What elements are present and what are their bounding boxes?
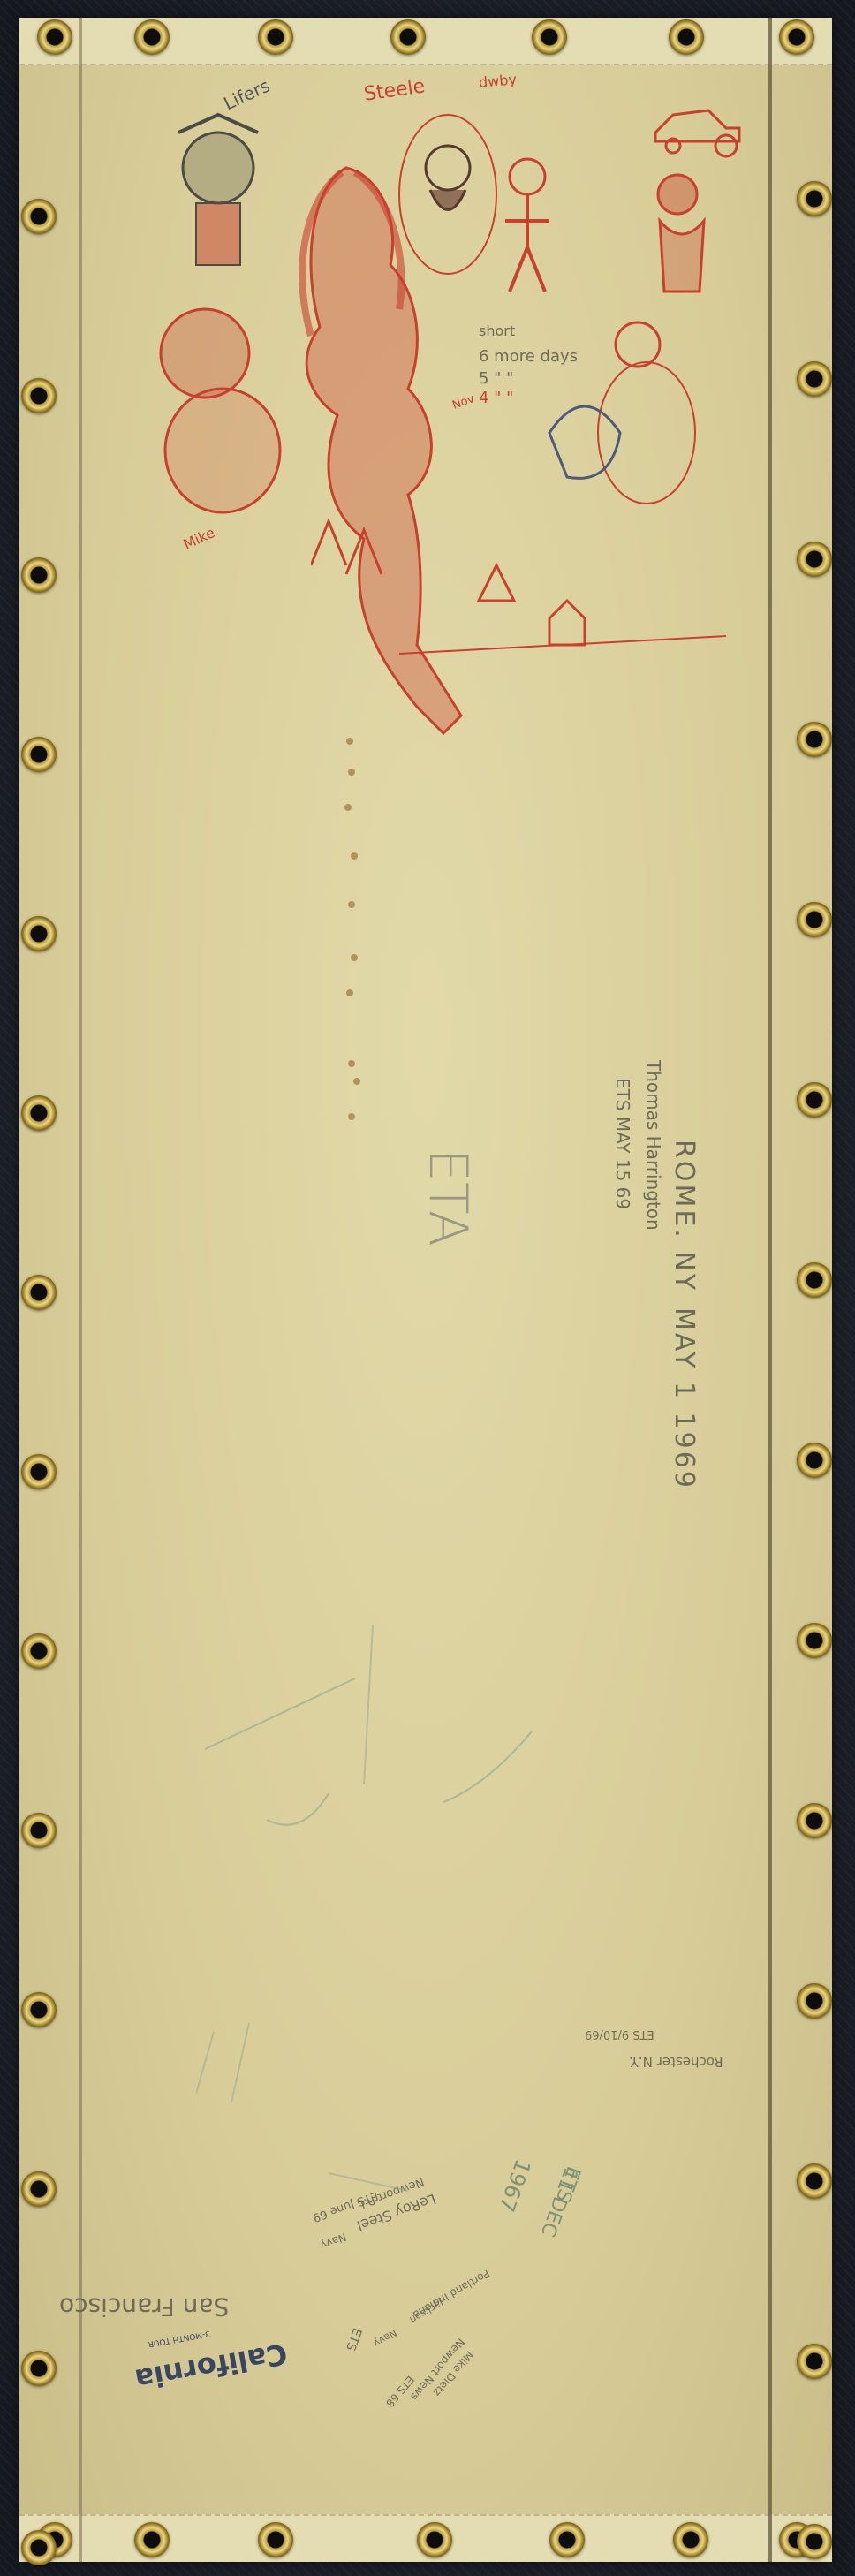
monkey-drawing [143, 283, 302, 530]
brass-grommet [21, 557, 57, 593]
brass-grommet [797, 722, 832, 757]
brass-grommet [21, 2351, 57, 2386]
rome-ny-text: ROME. NY [669, 1140, 700, 1292]
canvas-cot-panel: Lifers Steele dwby short 6 more days 5 "… [19, 18, 832, 2562]
brass-grommet [797, 2524, 832, 2559]
brass-grommet [549, 2522, 585, 2557]
ets-may-text: ETS MAY 15 69 [612, 1078, 633, 1209]
small-figures-drawing [488, 150, 576, 300]
brass-grommet [797, 1983, 832, 2019]
california-stamp-sub: 3-MONTH TOUR [148, 2329, 211, 2348]
brass-grommet [21, 737, 57, 772]
brass-grommet [21, 199, 57, 234]
brass-grommet [797, 2163, 832, 2199]
countdown-line-3: 4 " " [479, 389, 513, 407]
brass-grommet [797, 2344, 832, 2379]
nude-figure-right-drawing [638, 168, 726, 318]
brass-grommet [21, 1992, 57, 2027]
brass-grommet [21, 916, 57, 951]
stain-mark [348, 1113, 355, 1120]
brass-grommet [258, 2522, 293, 2557]
old-car-drawing [647, 97, 753, 159]
brass-grommet [797, 181, 832, 216]
leroy-navy: Navy [319, 2231, 348, 2252]
countdown-line-1: 6 more days [479, 347, 578, 366]
brass-grommet [21, 2530, 57, 2565]
lifer-monster-drawing [143, 106, 293, 283]
brass-grommet [797, 1623, 832, 1658]
brass-grommet [134, 19, 170, 55]
brass-grommet [21, 1633, 57, 1669]
san-francisco-text: San Francisco [59, 2292, 229, 2322]
dwby-label: dwby [478, 71, 517, 91]
brass-grommet [797, 1262, 832, 1298]
blue-face-drawing [532, 380, 638, 495]
stain-mark [346, 738, 353, 745]
stain-mark [353, 1078, 360, 1085]
may-date-text: MAY 1 1969 [669, 1307, 700, 1490]
countdown-line-2: 5 " " [479, 369, 513, 388]
brass-grommet [779, 19, 814, 55]
brass-grommet [532, 19, 567, 55]
eta-letters: ETA [417, 1148, 479, 1246]
faint-green-graffiti [196, 1608, 638, 2226]
brass-grommet [797, 361, 832, 397]
brass-grommet [134, 2522, 170, 2557]
short-label: short [479, 322, 515, 339]
stain-mark [348, 901, 355, 908]
portland-ets: ETS [343, 2326, 364, 2352]
brass-grommet [21, 378, 57, 413]
brass-grommet [390, 19, 426, 55]
brass-grommet [21, 1813, 57, 1848]
brass-grommet [797, 1443, 832, 1478]
portland-navy: Navy [372, 2327, 399, 2349]
brass-grommet [797, 542, 832, 577]
stain-mark [351, 852, 358, 860]
stain-mark [344, 804, 352, 811]
stain-mark [346, 989, 353, 996]
brass-grommet [258, 19, 293, 55]
brass-grommet [37, 19, 72, 55]
stain-mark [348, 769, 355, 776]
brass-grommet [797, 902, 832, 937]
stain-mark [348, 1060, 355, 1067]
thomas-harrington-name: Thomas Harrington [643, 1060, 664, 1231]
stain-mark [351, 954, 358, 961]
brass-grommet [797, 1082, 832, 1118]
brass-grommet [669, 19, 704, 55]
brass-grommet [21, 1275, 57, 1310]
brass-grommet [797, 1803, 832, 1838]
rochester-city-text: Rochester N.Y. [629, 2054, 723, 2070]
brass-grommet [417, 2522, 452, 2557]
brass-grommet [673, 2522, 708, 2557]
trees-and-hut-drawing [311, 512, 753, 671]
steele-label: Steele [363, 75, 427, 105]
brass-grommet [21, 2171, 57, 2207]
brass-grommet [21, 1095, 57, 1131]
brass-grommet [21, 1454, 57, 1489]
